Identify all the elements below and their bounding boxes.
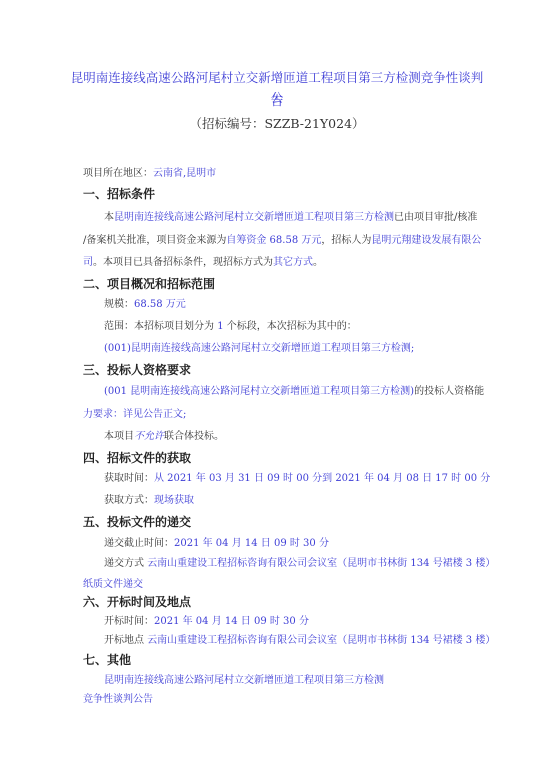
lot-line: (001)昆明南连接线高速公路河尾村立交新增匝道工程项目第三方检测; (104, 342, 414, 356)
region-line: 项目所在地区：云南省,昆明市 (83, 167, 216, 181)
tender-method: 其它方式 (273, 257, 313, 268)
s1-para-line3: 司。本项目已具备招标条件，现招标方式为其它方式。 (83, 256, 323, 270)
scale-line: 规模：68.58 万元 (104, 298, 186, 312)
t: ，招标人为 (321, 235, 371, 246)
tender-code: （招标编号：SZZB-21Y024） (70, 114, 484, 134)
region-label: 项目所在地区： (83, 168, 153, 179)
obtain-method-line: 获取方式：现场获取 (104, 494, 194, 508)
section-heading-4: 四、招标文件的获取 (83, 450, 191, 466)
tenderer: 昆明元翔建设发展有限公 (371, 235, 481, 246)
section-heading-1: 一、招标条件 (83, 186, 155, 202)
t: 已由项目审批/核准 (394, 212, 477, 223)
open-place: 云南山重建设工程招标咨询有限公司会议室（昆明市书林街 134 号裙楼 3 楼） (147, 635, 495, 646)
tenderer-cont: 司 (83, 257, 93, 268)
t: 开标地点 (104, 635, 144, 646)
lot-count: 1 (217, 321, 223, 332)
t: 。 (313, 257, 323, 268)
qual-line1: (001 昆明南连接线高速公路河尾村立交新增匝道工程项目第三方检测)的投标人资格… (104, 385, 484, 399)
submit-method-line: 递交方式 云南山重建设工程招标咨询有限公司会议室（昆明市书林街 134 号裙楼 … (104, 557, 495, 571)
obtain-time: 从 2021 年 03 月 31 日 09 时 00 分到 2021 年 04 … (154, 473, 490, 484)
deadline: 2021 年 04 月 14 日 09 时 30 分 (174, 538, 329, 549)
funding: 自筹资金 68.58 万元 (226, 235, 321, 246)
submit-method-line2: 纸质文件递交 (83, 578, 143, 592)
t: (001 昆明南连接线高速公路河尾村立交新增匝道工程项目第三方检测) (104, 386, 414, 397)
joint-value: 不允许 (134, 431, 164, 442)
s1-para-line2: /备案机关批准，项目资金来源为自筹资金 68.58 万元，招标人为昆明元翔建设发… (83, 234, 481, 248)
t: 。本项目已具备招标条件，现招标方式为 (93, 257, 273, 268)
t: /备案机关批准，项目资金来源为 (83, 235, 226, 246)
open-time: 2021 年 04 月 14 日 09 时 30 分 (154, 616, 309, 627)
section-heading-5: 五、投标文件的递交 (83, 514, 191, 530)
submit-method: 云南山重建设工程招标咨询有限公司会议室（昆明市书林街 134 号裙楼 3 楼） (147, 558, 495, 569)
t: 本项目 (104, 431, 134, 442)
t: 的投标人资格能 (414, 386, 484, 397)
joint-line: 本项目不允许联合体投标。 (104, 430, 224, 444)
obtain-time-line: 获取时间：从 2021 年 03 月 31 日 09 时 00 分到 2021 … (104, 472, 490, 486)
scale-label: 规模： (104, 299, 134, 310)
t: 开标时间： (104, 616, 154, 627)
code-label: （招标编号： (189, 116, 264, 131)
section-heading-2: 二、项目概况和招标范围 (83, 276, 215, 292)
code-value: SZZB-21Y024 (264, 116, 352, 131)
t: 联合体投标。 (164, 431, 224, 442)
document-title-cont: 告 (70, 91, 484, 111)
deadline-line: 递交截止时间：2021 年 04 月 14 日 09 时 30 分 (104, 537, 329, 551)
section-heading-3: 三、投标人资格要求 (83, 362, 191, 378)
project-name: 昆明南连接线高速公路河尾村立交新增匝道工程项目第三方检测 (114, 212, 394, 223)
section-heading-7: 七、其他 (83, 652, 131, 668)
obtain-method: 现场获取 (154, 495, 194, 506)
t: 本 (104, 212, 114, 223)
t: 获取方式： (104, 495, 154, 506)
t: 个标段，本次招标为其中的： (227, 321, 357, 332)
t: 递交方式 (104, 558, 144, 569)
qual-line2: 力要求：详见公告正文; (83, 408, 186, 422)
range-line: 范围：本招标项目划分为 1 个标段，本次招标为其中的： (104, 320, 357, 334)
open-place-line: 开标地点 云南山重建设工程招标咨询有限公司会议室（昆明市书林街 134 号裙楼 … (104, 634, 495, 648)
other-line2: 竞争性谈判公告 (83, 693, 153, 707)
t: 范围：本招标项目划分为 (104, 321, 214, 332)
t: 递交截止时间： (104, 538, 174, 549)
t: 获取时间： (104, 473, 154, 484)
s1-para-line1: 本昆明南连接线高速公路河尾村立交新增匝道工程项目第三方检测已由项目审批/核准 (104, 211, 477, 225)
code-end: ） (352, 116, 365, 131)
other-line1: 昆明南连接线高速公路河尾村立交新增匝道工程项目第三方检测 (104, 674, 384, 688)
scale-value: 68.58 万元 (134, 299, 186, 310)
section-heading-6: 六、开标时间及地点 (83, 594, 191, 610)
region-value: 云南省,昆明市 (153, 168, 216, 179)
open-time-line: 开标时间：2021 年 04 月 14 日 09 时 30 分 (104, 615, 309, 629)
